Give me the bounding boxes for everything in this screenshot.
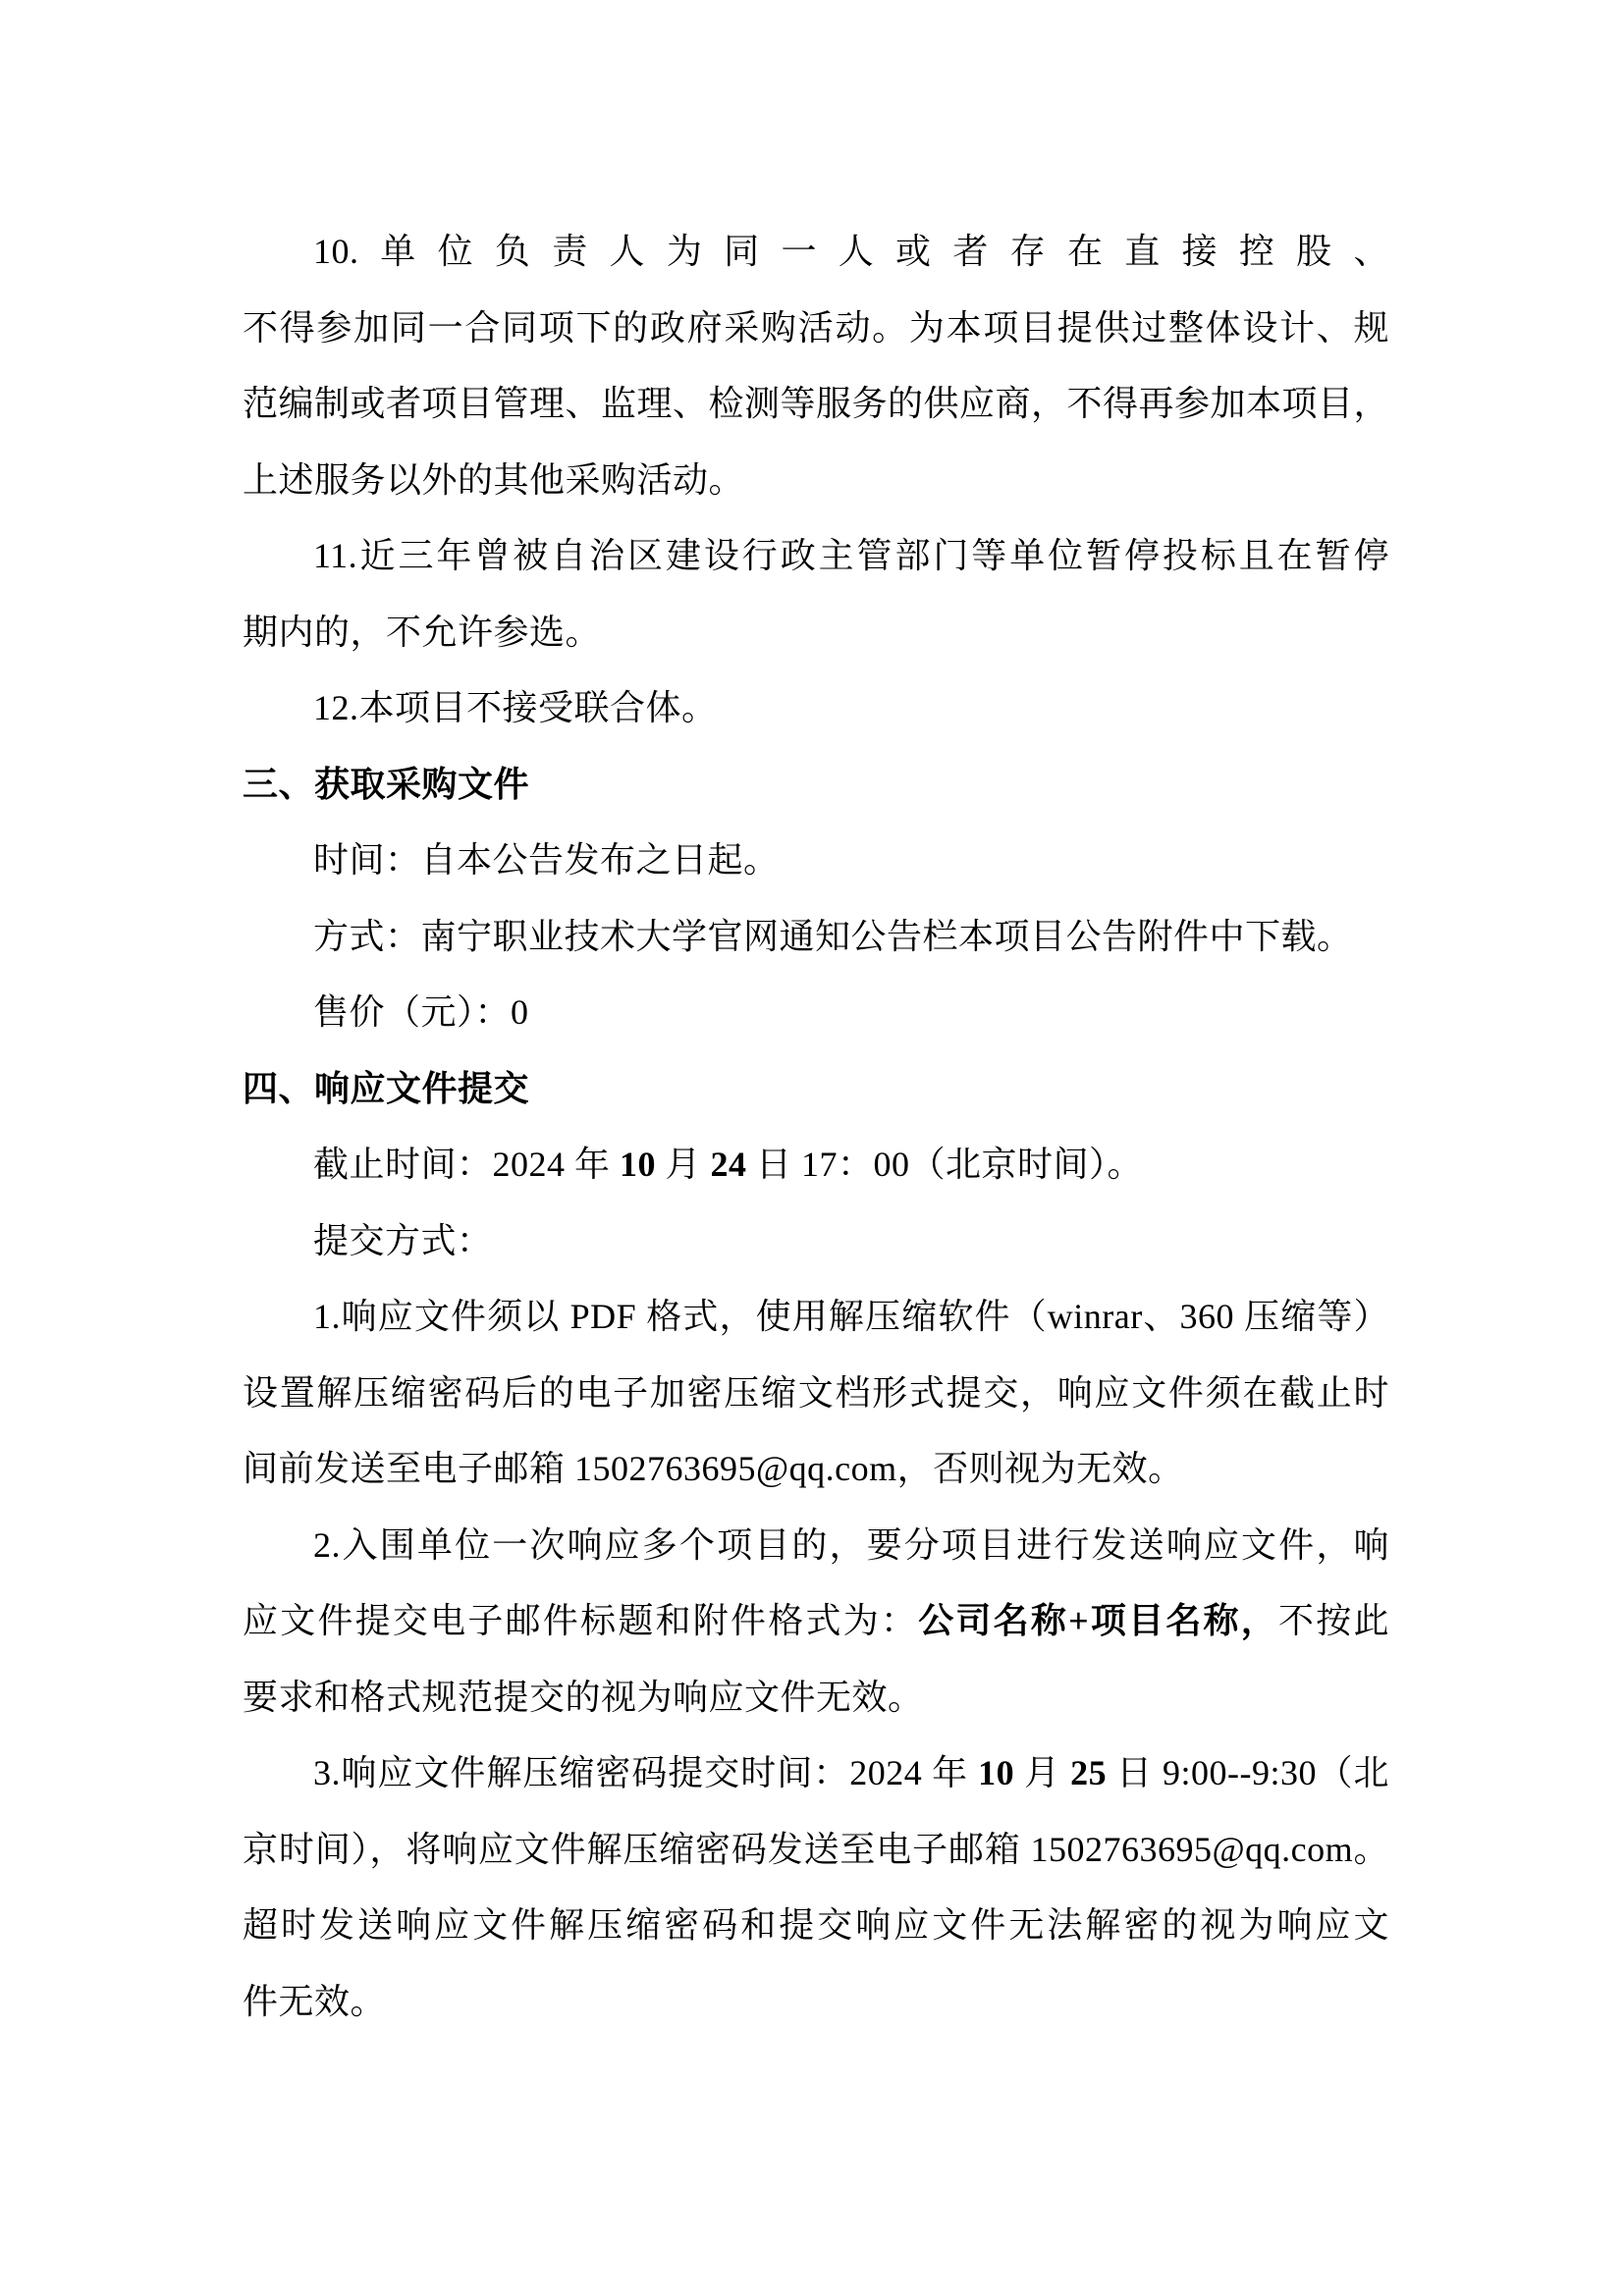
text-run: 应文件提交电子邮件标题和附件格式为： bbox=[243, 1601, 918, 1640]
text-run: 设置解压缩密码后的电子加密压缩文档形式提交，响应文件须在截止时 bbox=[243, 1373, 1389, 1413]
document-page: 10.单位负责人为同一人或者存在直接控股、管理关系的不同供应商，不得参加同一合同… bbox=[0, 0, 1624, 2296]
text-run: 超时发送响应文件解压缩密码和提交响应文件无法解密的视为响应文 bbox=[243, 1905, 1389, 1945]
text-run: 12.本项目不接受联合体。 bbox=[313, 688, 718, 727]
document-line: 截止时间：2024 年 10 月 24 日 17：00（北京时间）。 bbox=[243, 1127, 1389, 1203]
text-run: 京时间），将响应文件解压缩密码发送至电子邮箱 1502763695@qq.com… bbox=[243, 1830, 1389, 1869]
document-line: 不得参加同一合同项下的政府采购活动。为本项目提供过整体设计、规 bbox=[243, 291, 1389, 367]
document-line: 要求和格式规范提交的视为响应文件无效。 bbox=[243, 1660, 1389, 1736]
document-line: 11.近三年曾被自治区建设行政主管部门等单位暂停投标且在暂停 bbox=[243, 518, 1389, 595]
text-run: 10.单位负责人为同一人或者存在直接控股、管理关系的不同供应商， bbox=[243, 232, 1389, 291]
text-run: 月 bbox=[656, 1145, 711, 1184]
text-run: 1.响应文件须以 PDF 格式，使用解压缩软件（winrar、360 压缩等） bbox=[313, 1297, 1389, 1336]
document-line: 件无效。 bbox=[243, 1964, 1389, 2041]
text-run: 2.入围单位一次响应多个项目的，要分项目进行发送响应文件，响 bbox=[313, 1525, 1389, 1565]
text-run: 提交方式： bbox=[313, 1221, 493, 1260]
text-run: 间前发送至电子邮箱 1502763695@qq.com，否则视为无效。 bbox=[243, 1449, 1184, 1488]
document-body: 10.单位负责人为同一人或者存在直接控股、管理关系的不同供应商，不得参加同一合同… bbox=[243, 214, 1389, 2040]
text-run: 要求和格式规范提交的视为响应文件无效。 bbox=[243, 1678, 924, 1717]
text-run: 时间：自本公告发布之日起。 bbox=[313, 840, 780, 880]
document-line: 期内的，不允许参选。 bbox=[243, 595, 1389, 671]
text-run: 11.近三年曾被自治区建设行政主管部门等单位暂停投标且在暂停 bbox=[313, 536, 1389, 575]
text-run: 截止时间：2024 年 bbox=[313, 1145, 620, 1184]
document-line: 提交方式： bbox=[243, 1203, 1389, 1280]
bold-run: 10 bbox=[978, 1753, 1014, 1792]
document-line: 时间：自本公告发布之日起。 bbox=[243, 823, 1389, 899]
document-line: 方式：南宁职业技术大学官网通知公告栏本项目公告附件中下载。 bbox=[243, 899, 1389, 976]
text-run: 期内的，不允许参选。 bbox=[243, 613, 601, 652]
document-line: 10.单位负责人为同一人或者存在直接控股、管理关系的不同供应商， bbox=[243, 214, 1389, 291]
text-run: 不按此 bbox=[1278, 1601, 1389, 1640]
section-heading: 三、获取采购文件 bbox=[243, 747, 1389, 824]
bold-run: 10 bbox=[620, 1145, 656, 1184]
text-run: 不得参加同一合同项下的政府采购活动。为本项目提供过整体设计、规 bbox=[243, 308, 1389, 347]
text-run: 范编制或者项目管理、监理、检测等服务的供应商，不得再参加本项目， bbox=[243, 384, 1389, 423]
document-line: 12.本项目不接受联合体。 bbox=[243, 670, 1389, 747]
text-run: 月 bbox=[1014, 1753, 1070, 1792]
document-line: 2.入围单位一次响应多个项目的，要分项目进行发送响应文件，响 bbox=[243, 1508, 1389, 1584]
document-line: 范编制或者项目管理、监理、检测等服务的供应商，不得再参加本项目， bbox=[243, 366, 1389, 443]
text-run: 日 9:00--9:30（北 bbox=[1107, 1753, 1389, 1792]
text-run: 售价（元）：0 bbox=[313, 992, 529, 1032]
text-run: 件无效。 bbox=[243, 1982, 386, 2021]
document-line: 超时发送响应文件解压缩密码和提交响应文件无法解密的视为响应文 bbox=[243, 1888, 1389, 1964]
section-heading: 四、响应文件提交 bbox=[243, 1051, 1389, 1128]
document-line: 设置解压缩密码后的电子加密压缩文档形式提交，响应文件须在截止时 bbox=[243, 1356, 1389, 1432]
bold-run: 公司名称+项目名称， bbox=[918, 1601, 1278, 1640]
bold-run: 四、响应文件提交 bbox=[243, 1069, 529, 1108]
document-line: 京时间），将响应文件解压缩密码发送至电子邮箱 1502763695@qq.com… bbox=[243, 1812, 1389, 1889]
document-line: 上述服务以外的其他采购活动。 bbox=[243, 443, 1389, 519]
text-run: 日 17：00（北京时间）。 bbox=[747, 1145, 1144, 1184]
document-line: 3.响应文件解压缩密码提交时间：2024 年 10 月 25 日 9:00--9… bbox=[243, 1735, 1389, 1812]
document-line: 间前发送至电子邮箱 1502763695@qq.com，否则视为无效。 bbox=[243, 1431, 1389, 1508]
document-line: 售价（元）：0 bbox=[243, 975, 1389, 1051]
text-run: 上述服务以外的其他采购活动。 bbox=[243, 460, 744, 500]
bold-run: 24 bbox=[711, 1145, 747, 1184]
bold-run: 三、获取采购文件 bbox=[243, 765, 529, 804]
text-run: 方式：南宁职业技术大学官网通知公告栏本项目公告附件中下载。 bbox=[313, 917, 1353, 956]
text-run: 3.响应文件解压缩密码提交时间：2024 年 bbox=[313, 1753, 978, 1792]
document-line: 应文件提交电子邮件标题和附件格式为：公司名称+项目名称，不按此 bbox=[243, 1583, 1389, 1660]
document-line: 1.响应文件须以 PDF 格式，使用解压缩软件（winrar、360 压缩等） bbox=[243, 1279, 1389, 1356]
bold-run: 25 bbox=[1070, 1753, 1107, 1792]
